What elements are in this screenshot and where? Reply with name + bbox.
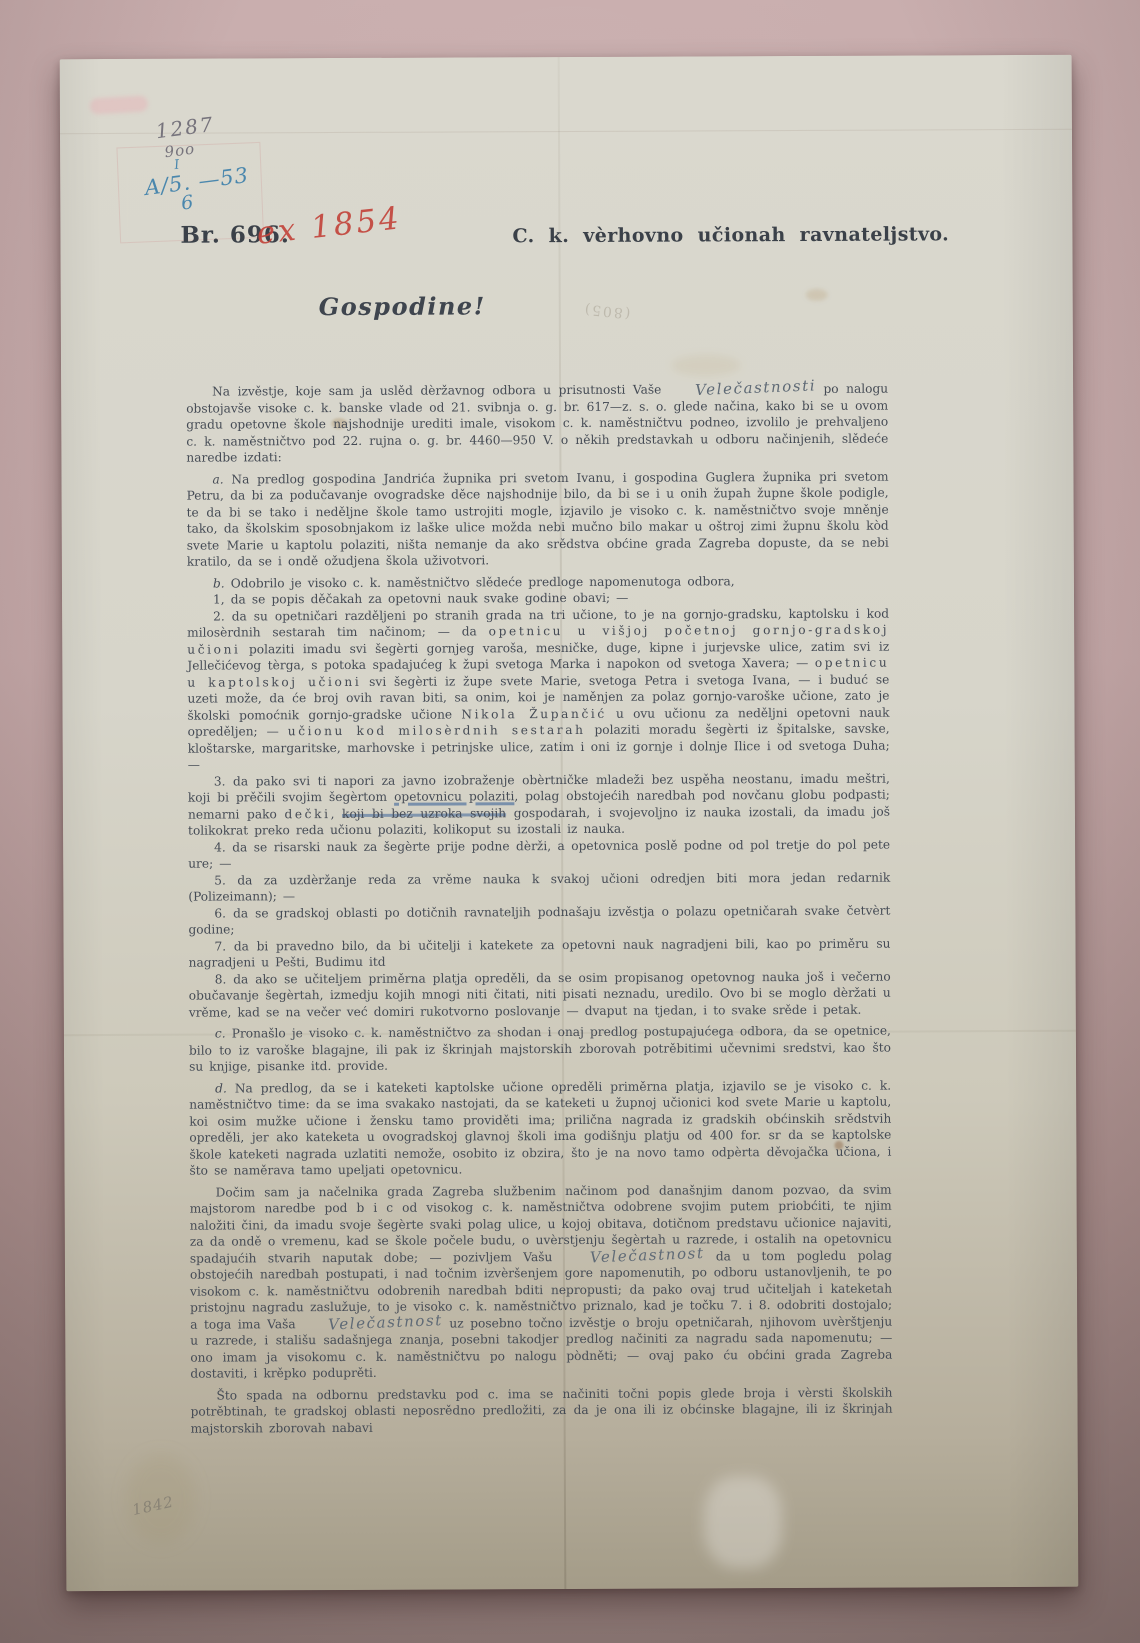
item-label: 8. <box>215 972 227 986</box>
stain <box>806 289 828 301</box>
paragraph-intro: Na izvěstje, koje sam ja uslěd dèržavnog… <box>186 381 888 467</box>
handwritten-velecastnost: Velečastnost <box>302 1315 443 1331</box>
salutation: Gospodine! <box>319 291 486 321</box>
spaced-text: Nikola Župančić <box>461 706 607 721</box>
paragraph-final: Što spada na odbornu predstavku pod c. i… <box>190 1384 892 1437</box>
issuing-office-title: C. k. vèrhovno učionah ravnateljstvo. <box>512 223 949 247</box>
text-segment: Na izvěstje, koje sam ja uslěd dèržavnog… <box>212 383 669 399</box>
item-label: 4. <box>214 840 226 854</box>
item-label: 2. <box>213 609 225 623</box>
archive-annotations: 1287 9oo I A/5. —53 6 <box>137 108 253 216</box>
red-handwritten-year: ex 1854 <box>255 200 404 252</box>
blue-underlined-text: opetovnicu polaziti <box>394 789 514 804</box>
text-segment: polaziti imadu svi šegèrti gornjeg varoš… <box>187 639 889 673</box>
stain <box>671 354 741 376</box>
item-8: 8. da ako se učiteljem priměrna platja o… <box>189 968 891 1021</box>
text-segment: Pronašlo je visoko c. k. naměstničtvo za… <box>189 1024 891 1074</box>
pink-smudge <box>89 95 148 114</box>
text-segment: da ako se učiteljem priměrna platja opre… <box>189 969 891 1019</box>
item-5: 5. da za uzdèržanje reda za vrěme nauka … <box>188 869 890 905</box>
item-7: 7. da bi pravedno bilo, da bi učitelji i… <box>188 935 890 971</box>
handwritten-velecastnosti: Velečastnosti <box>669 380 816 396</box>
handwritten-velecastnost: Velečastnost <box>564 1247 705 1263</box>
text-segment: da se gradskoj oblasti po dotičnih ravna… <box>188 903 890 937</box>
item-label: b. <box>213 576 225 590</box>
item-6: 6. da se gradskoj oblasti po dotičnih ra… <box>188 902 890 938</box>
item-2: 2. da su opetničari razděljeni po strani… <box>187 605 890 773</box>
item-label: d. <box>215 1081 227 1095</box>
text-segment: , <box>331 806 343 820</box>
paragraph-c: c. Pronašlo je visoko c. k. naměstničtvo… <box>189 1023 891 1076</box>
paragraph-a: a. Na predlog gospodina Jandrića župnika… <box>186 468 888 570</box>
item-3: 3. da pako svi ti napori za javno izobra… <box>188 770 890 839</box>
paragraph-d: d. Na predlog, da se i kateketi kaptolsk… <box>189 1077 891 1179</box>
text-segment: Odobrilo je visoko c. k. naměstničtvo sl… <box>231 574 735 590</box>
text-segment: da se risarski nauk za šegèrte prije pod… <box>188 837 890 871</box>
text-segment: da se popis děčakah za opetovni nauk sva… <box>231 591 629 607</box>
spaced-text: dečki <box>284 807 330 821</box>
item-label: 1, <box>213 593 225 607</box>
item-label: a. <box>212 472 223 486</box>
paper-shine <box>704 1476 782 1568</box>
item-label: 5. <box>214 873 226 887</box>
text-segment: da za uzdèržanje reda za vrěme nauka k s… <box>188 870 890 904</box>
item-4: 4. da se risarski nauk za šegèrte prije … <box>188 836 890 872</box>
text-segment: Na predlog gospodina Jandrića župnika pr… <box>187 469 889 569</box>
text-segment: Na predlog, da se i kateketi kaptolske u… <box>189 1078 891 1178</box>
paragraph-docim: Dočim sam ja načelnika grada Zagreba slu… <box>190 1181 893 1382</box>
item-label: 6. <box>214 906 226 920</box>
item-label: 3. <box>214 774 226 788</box>
spaced-text: učionu kod milosèrdnih sestarah <box>288 723 586 738</box>
item-label: 7. <box>215 939 227 953</box>
document-paper: 1287 9oo I A/5. —53 6 Br. 696. ex 1854 C… <box>60 55 1079 1591</box>
blue-struck-text: koji bi bez uzroka svojih <box>342 806 506 821</box>
ghost-pencil-mark: (805) <box>582 300 631 321</box>
text-segment: da bi pravedno bilo, da bi učitelji i ka… <box>189 936 891 970</box>
text-segment: Što spada na odbornu predstavku pod c. i… <box>191 1385 893 1435</box>
letter-body: Na izvěstje, koje sam ja uslěd dèržavnog… <box>186 381 893 1437</box>
item-label: c. <box>215 1027 226 1041</box>
